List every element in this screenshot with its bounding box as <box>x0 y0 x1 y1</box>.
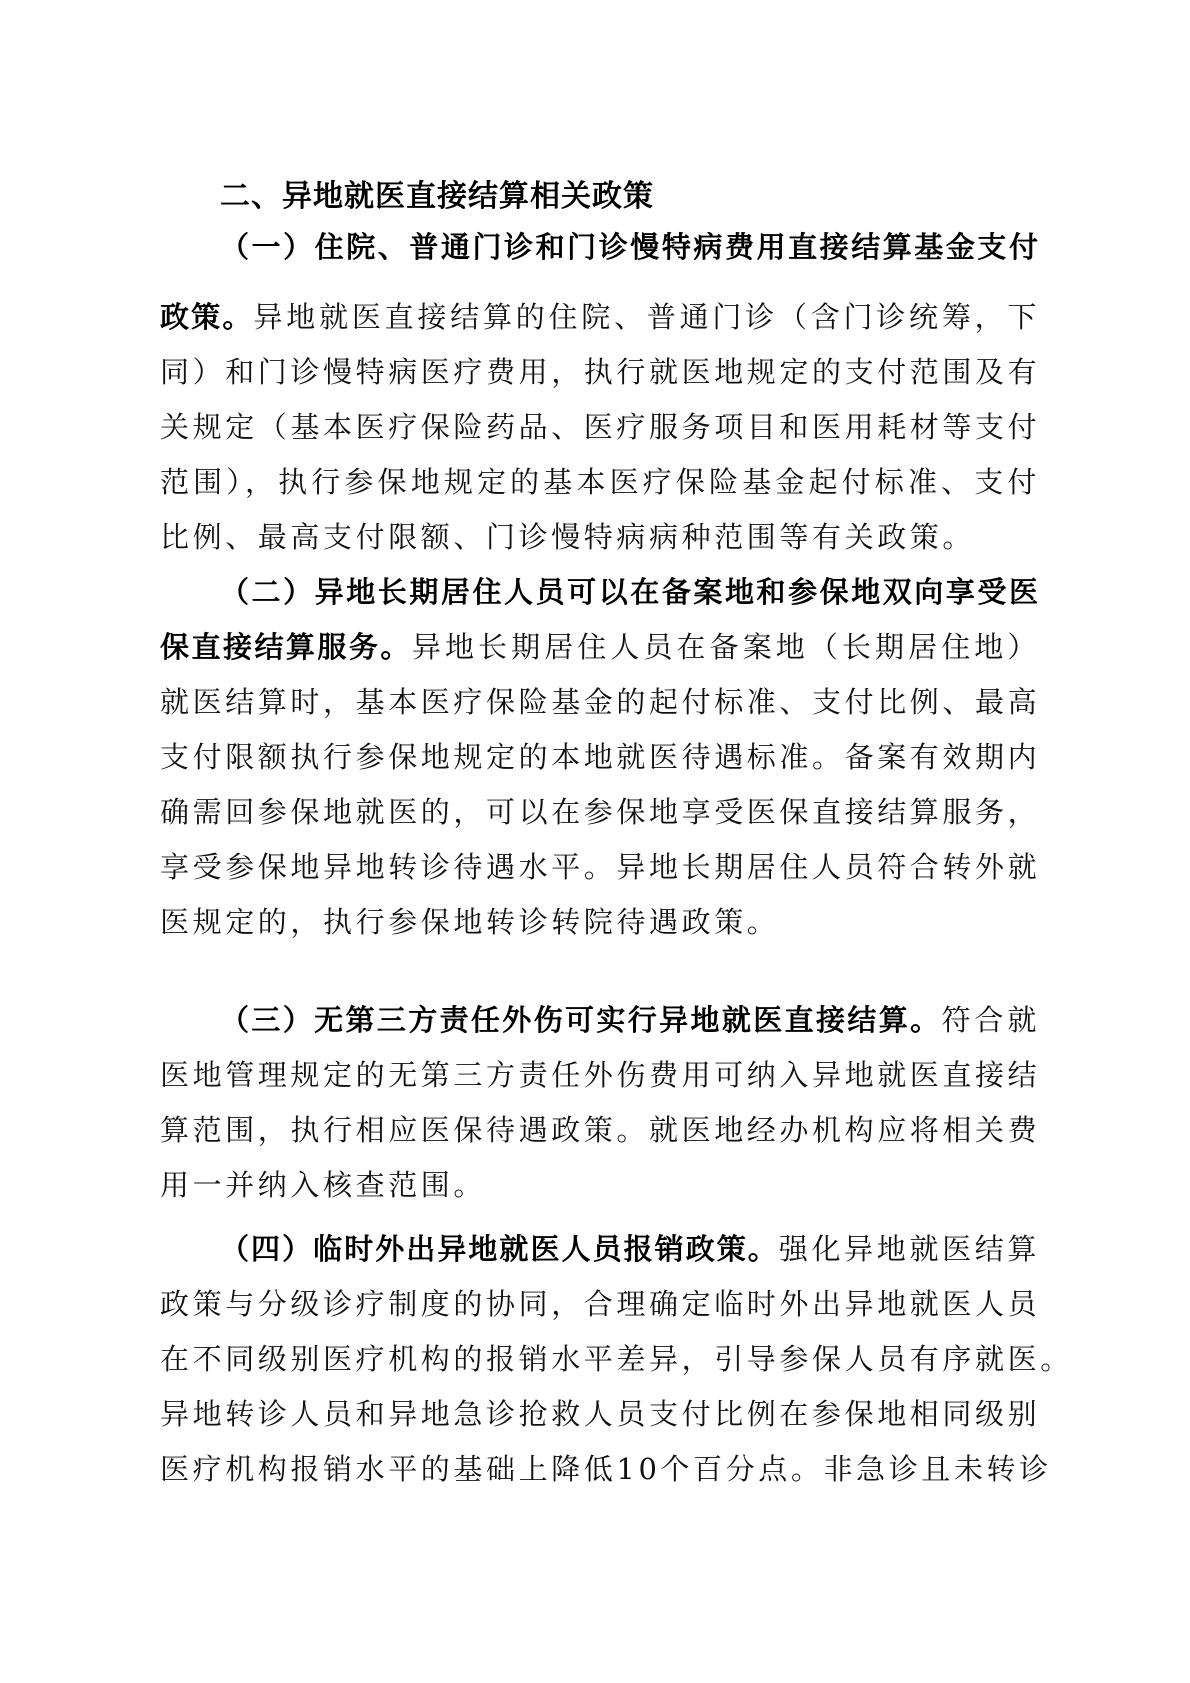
paragraph-2-line-4: 支付限额执行参保地规定的本地就医待遇标准。备案有效期内 <box>160 730 1040 784</box>
paragraph-2-line-6: 享受参保地异地转诊待遇水平。异地长期居住人员符合转外就 <box>160 840 1040 894</box>
line-text: 同）和门诊慢特病医疗费用，执行就医地规定的支付范围及有 <box>160 355 1040 389</box>
line-text: 确需回参保地就医的，可以在参保地享受医保直接结算服务， <box>160 795 1040 829</box>
paragraph-4-line-4: 异地转诊人员和异地急诊抢救人员支付比例在参保地相同级别 <box>160 1387 1040 1441</box>
paragraph-2-line-3: 就医结算时，基本医疗保险基金的起付标准、支付比例、最高 <box>160 675 1040 729</box>
line-text: 享受参保地异地转诊待遇水平。异地长期居住人员符合转外就 <box>160 850 1040 884</box>
paragraph-1-line-5: 范围），执行参保地规定的基本医疗保险基金起付标准、支付 <box>160 455 1040 509</box>
line-text: 强化异地就医结算 <box>779 1232 1040 1266</box>
line-text: 异地转诊人员和异地急诊抢救人员支付比例在参保地相同级别 <box>160 1397 1040 1431</box>
line-text: 医疗机构报销水平的基础上降低10个百分点。非急诊且未转诊 <box>160 1452 1052 1486</box>
paragraph-1-lead: （一）住院、普通门诊和门诊慢特病费用直接结算基金支付 <box>220 230 1040 264</box>
paragraph-3-line-3: 算范围，执行相应医保待遇政策。就医地经办机构应将相关费 <box>160 1103 1040 1157</box>
paragraph-1-line-2: 政策。异地就医直接结算的住院、普通门诊（含门诊统筹，下 <box>160 290 1040 344</box>
line-text: 支付限额执行参保地规定的本地就医待遇标准。备案有效期内 <box>160 740 1040 774</box>
paragraph-1-line-6: 比例、最高支付限额、门诊慢特病病种范围等有关政策。 <box>160 510 1040 564</box>
section-heading: 二、异地就医直接结算相关政策 <box>220 170 654 224</box>
line-text: 用一并纳入核查范围。 <box>160 1168 486 1202</box>
paragraph-2-line-7: 医规定的，执行参保地转诊转院待遇政策。 <box>160 895 1040 949</box>
line-text: 医地管理规定的无第三方责任外伤费用可纳入异地就医直接结 <box>160 1058 1040 1092</box>
paragraph-4-line-2: 政策与分级诊疗制度的协同，合理确定临时外出异地就医人员 <box>160 1277 1040 1331</box>
paragraph-1-lead-end: 政策。 <box>160 300 254 334</box>
paragraph-1-line-4: 关规定（基本医疗保险药品、医疗服务项目和医用耗材等支付 <box>160 400 1040 454</box>
line-text: 关规定（基本医疗保险药品、医疗服务项目和医用耗材等支付 <box>160 410 1040 444</box>
line-text: 政策与分级诊疗制度的协同，合理确定临时外出异地就医人员 <box>160 1287 1040 1321</box>
line-text: 范围），执行参保地规定的基本医疗保险基金起付标准、支付 <box>160 465 1040 499</box>
paragraph-1-line-3: 同）和门诊慢特病医疗费用，执行就医地规定的支付范围及有 <box>160 345 1040 399</box>
paragraph-2-line-5: 确需回参保地就医的，可以在参保地享受医保直接结算服务， <box>160 785 1040 839</box>
paragraph-3-line-1: （三）无第三方责任外伤可实行异地就医直接结算。符合就 <box>220 993 1040 1047</box>
paragraph-3-line-2: 医地管理规定的无第三方责任外伤费用可纳入异地就医直接结 <box>160 1048 1040 1102</box>
line-text: 符合就 <box>941 1003 1040 1037</box>
line-text: 算范围，执行相应医保待遇政策。就医地经办机构应将相关费 <box>160 1113 1040 1147</box>
paragraph-4-line-3: 在不同级别医疗机构的报销水平差异，引导参保人员有序就医。 <box>160 1332 1040 1386</box>
paragraph-3-line-4: 用一并纳入核查范围。 <box>160 1158 1040 1212</box>
paragraph-4-line-5: 医疗机构报销水平的基础上降低10个百分点。非急诊且未转诊 <box>160 1442 1040 1496</box>
line-text: 医规定的，执行参保地转诊转院待遇政策。 <box>160 905 779 939</box>
line-text: 就医结算时，基本医疗保险基金的起付标准、支付比例、最高 <box>160 685 1040 719</box>
paragraph-4-line-1: （四）临时外出异地就医人员报销政策。强化异地就医结算 <box>220 1222 1040 1276</box>
line-text: 异地就医直接结算的住院、普通门诊（含门诊统筹，下 <box>254 300 1040 334</box>
line-text: 比例、最高支付限额、门诊慢特病病种范围等有关政策。 <box>160 520 975 554</box>
paragraph-2-line-1: （二）异地长期居住人员可以在备案地和参保地双向享受医 <box>220 565 1040 619</box>
paragraph-2-line-2: 保直接结算服务。异地长期居住人员在备案地（长期居住地） <box>160 620 1040 674</box>
line-text: 在不同级别医疗机构的报销水平差异，引导参保人员有序就医。 <box>160 1342 1073 1376</box>
paragraph-1-line-1: （一）住院、普通门诊和门诊慢特病费用直接结算基金支付 <box>220 220 1040 274</box>
line-text: 异地长期居住人员在备案地（长期居住地） <box>412 630 1040 664</box>
document-page: 二、异地就医直接结算相关政策 （一）住院、普通门诊和门诊慢特病费用直接结算基金支… <box>0 0 1190 1683</box>
paragraph-4-lead: （四）临时外出异地就医人员报销政策。 <box>220 1232 779 1266</box>
paragraph-3-lead: （三）无第三方责任外伤可实行异地就医直接结算。 <box>220 1003 941 1037</box>
paragraph-2-lead: （二）异地长期居住人员可以在备案地和参保地双向享受医 <box>220 575 1040 609</box>
paragraph-2-lead-end: 保直接结算服务。 <box>160 630 412 664</box>
